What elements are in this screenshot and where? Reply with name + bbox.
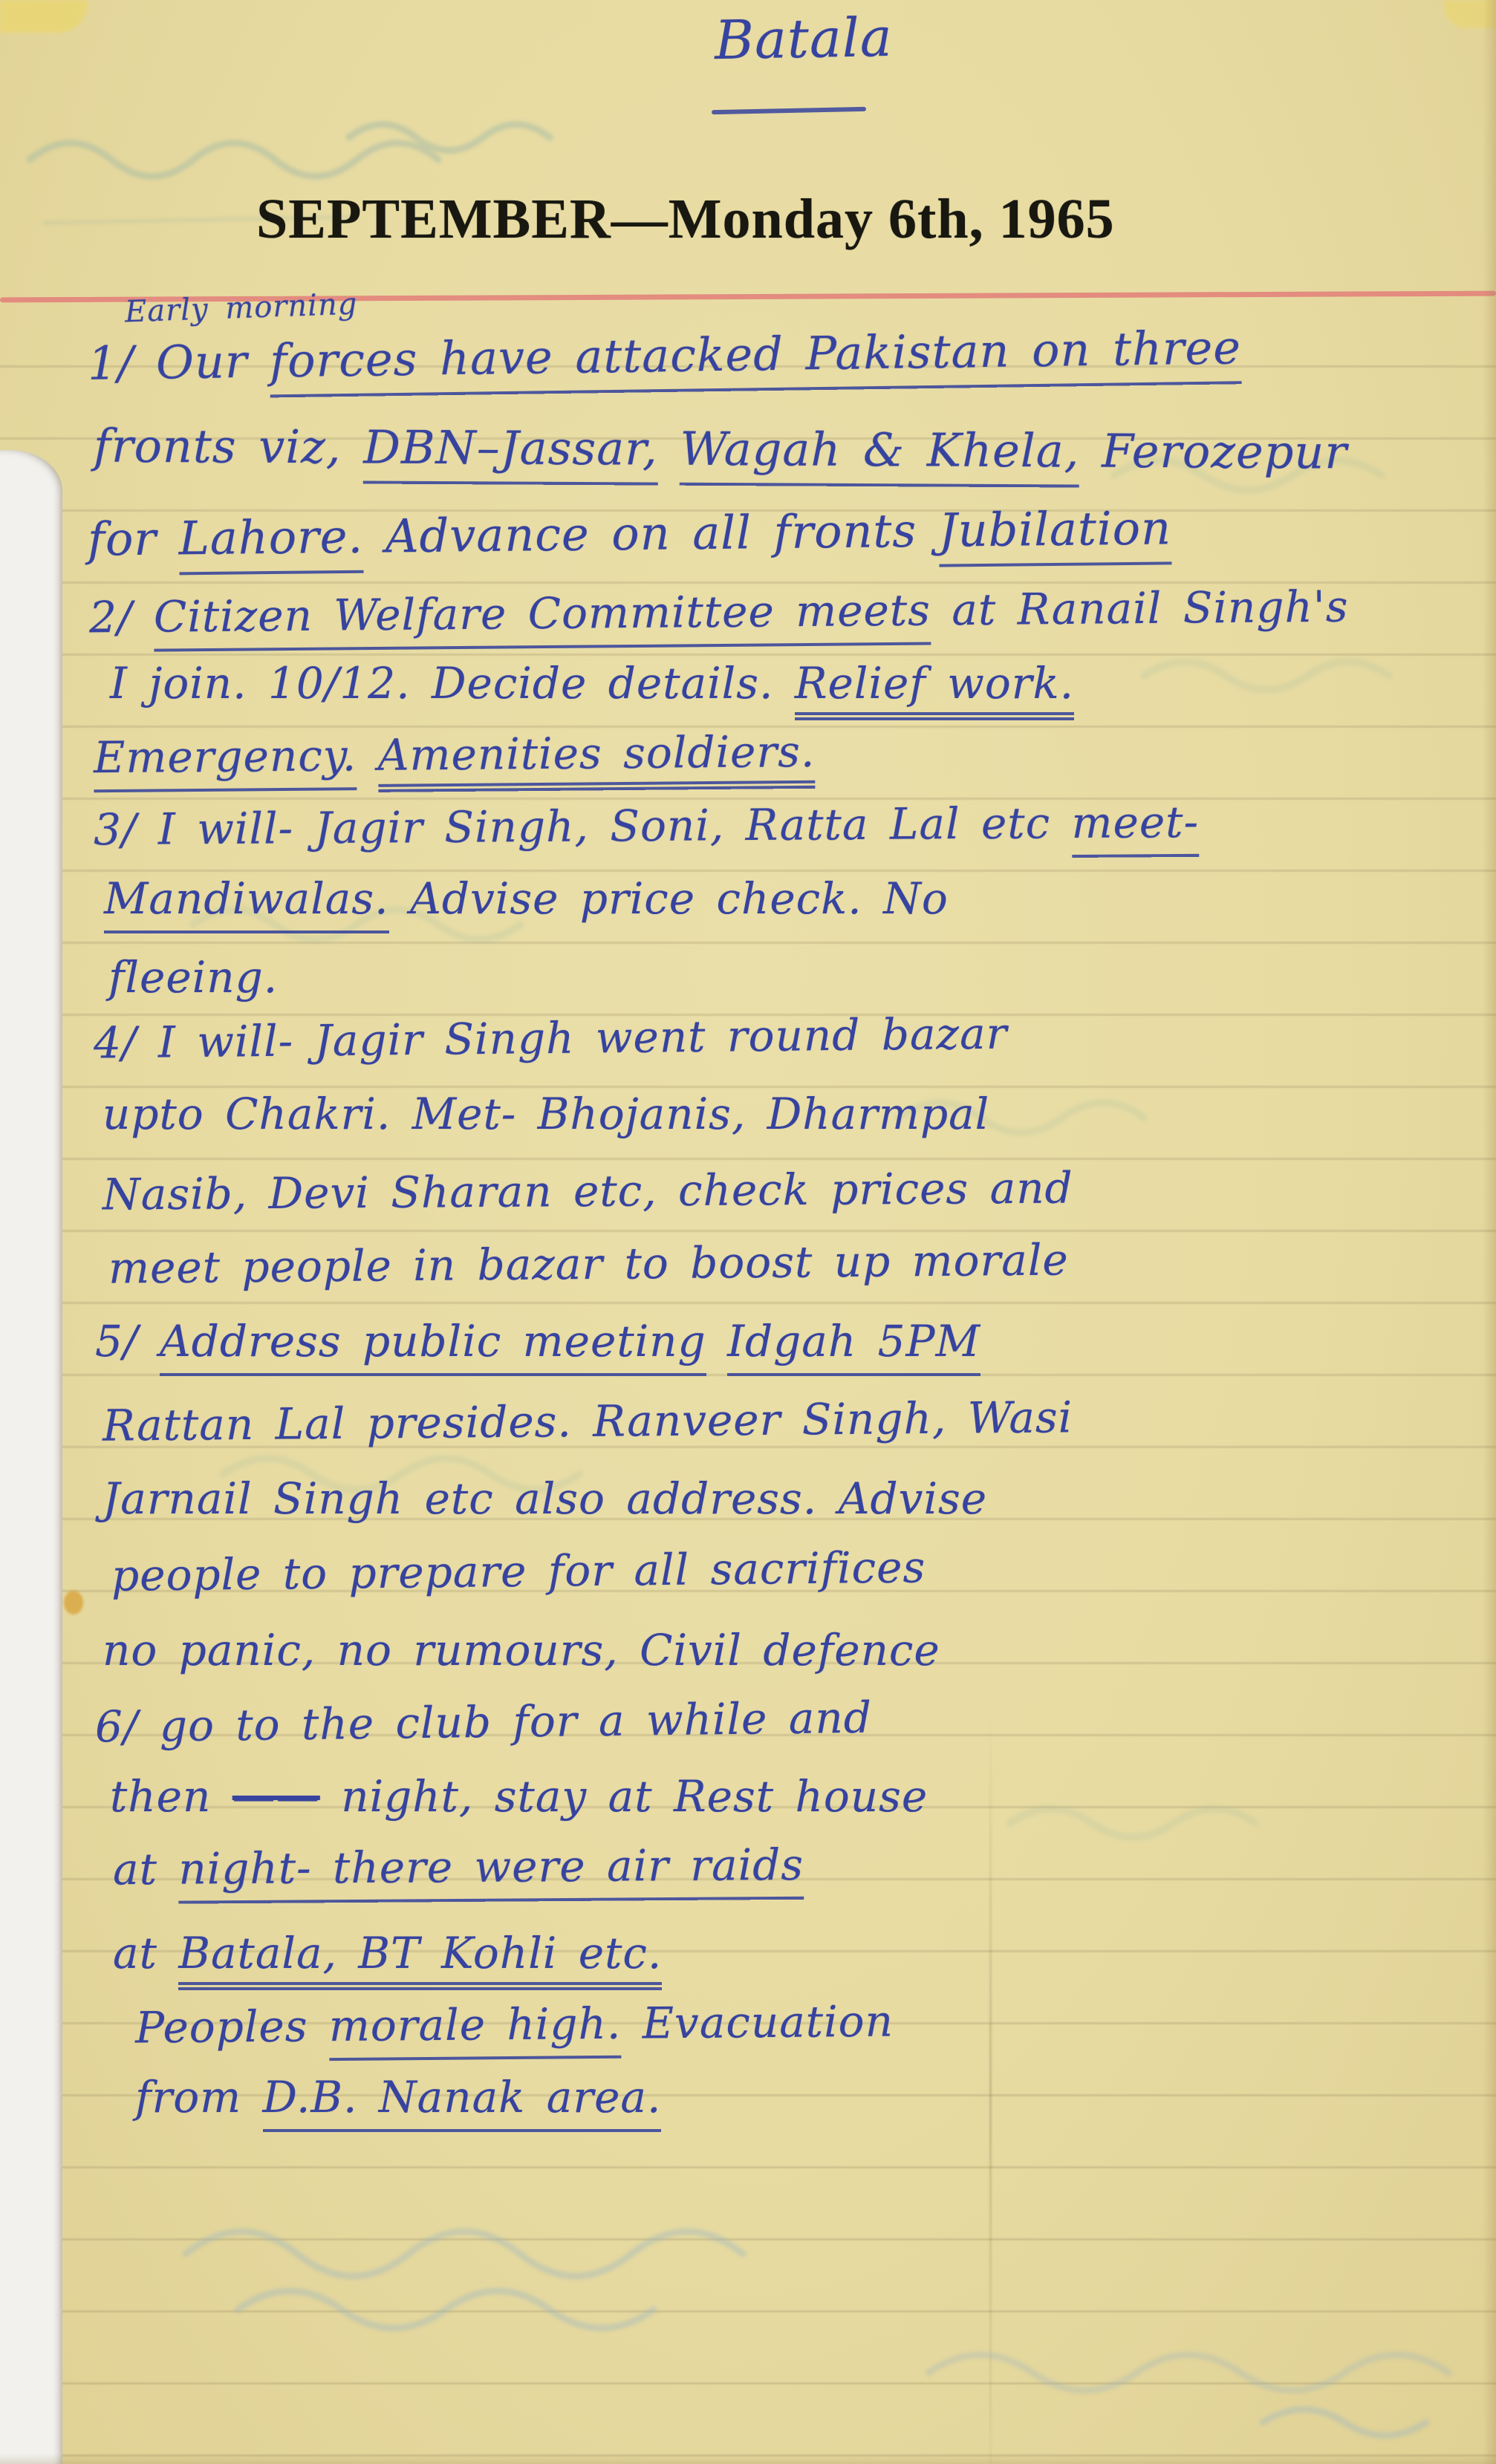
diary-line: then —— night, stay at Rest house bbox=[110, 1771, 928, 1822]
location-heading: Batala bbox=[714, 6, 893, 71]
page-edge-shadow bbox=[0, 2454, 1496, 2464]
diary-line: upto Chakri. Met- Bhojanis, Dharmpal bbox=[103, 1089, 989, 1139]
location-underline bbox=[712, 107, 866, 114]
paper-crease bbox=[989, 1715, 992, 2464]
diary-line: 6/ go to the club for a while and bbox=[95, 1692, 873, 1753]
diary-line: no panic, no rumours, Civil defence bbox=[103, 1625, 940, 1675]
diary-line: 1/ Our forces have attacked Pakistan on … bbox=[88, 320, 1242, 391]
diary-line: fleeing. bbox=[108, 952, 278, 1003]
printed-date-header: SEPTEMBER—Monday 6th, 1965 bbox=[256, 187, 1115, 252]
diary-line: 2/ Citizen Welfare Committee meets at Ra… bbox=[89, 581, 1349, 643]
diary-line: Nasib, Devi Sharan etc, check prices and bbox=[103, 1162, 1073, 1219]
diary-line: 4/ I will- Jagir Singh went round bazar bbox=[94, 1008, 1008, 1069]
diary-line: I join. 10/12. Decide details. Relief wo… bbox=[110, 658, 1074, 708]
diary-line: fronts viz, DBN–Jassar, Wagah & Khela, F… bbox=[94, 419, 1347, 480]
diary-line: Rattan Lal presides. Ranveer Singh, Wasi bbox=[103, 1392, 1073, 1450]
diary-line: Mandiwalas. Advise price check. No bbox=[104, 873, 949, 924]
diary-line: 3/ I will- Jagir Singh, Soni, Ratta Lal … bbox=[94, 797, 1200, 855]
underlying-page-edge bbox=[0, 450, 62, 2464]
diary-line: from D.B. Nanak area. bbox=[135, 2072, 661, 2122]
diary-line: 5/ Address public meeting Idgah 5PM bbox=[95, 1316, 980, 1366]
ink-stain bbox=[64, 1591, 83, 1614]
diary-line: Jarnail Singh etc also address. Advise bbox=[103, 1473, 987, 1524]
page-corner-highlight bbox=[0, 0, 88, 33]
diary-line: Emergency. Amenities soldiers. bbox=[94, 726, 816, 783]
page-edge-shadow bbox=[1483, 0, 1496, 2464]
diary-line: meet people in bazar to boost up morale bbox=[108, 1234, 1069, 1293]
diary-line: people to prepare for all sacrifices bbox=[111, 1542, 926, 1600]
diary-line: at night- there were air raids bbox=[113, 1839, 804, 1894]
diary-line: for Lahore. Advance on all fronts Jubila… bbox=[88, 501, 1172, 566]
diary-line: at Batala, BT Kohli etc. bbox=[113, 1928, 662, 1978]
diary-line: Early morning bbox=[124, 287, 358, 330]
scanned-diary-page: Batala SEPTEMBER—Monday 6th, 1965 Early … bbox=[0, 0, 1496, 2464]
diary-line: Peoples morale high. Evacuation bbox=[135, 1996, 894, 2053]
